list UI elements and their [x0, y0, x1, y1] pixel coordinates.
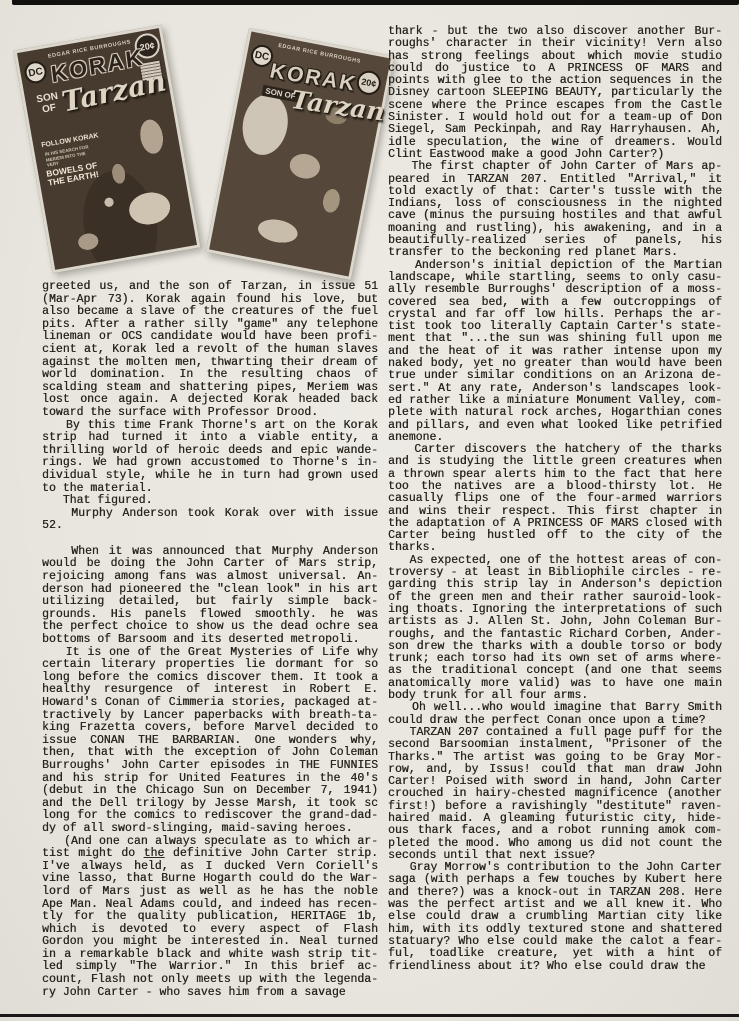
paragraph: As expected, one of the hottest areas of… [388, 555, 722, 703]
text-line: cave (minus the pursuing hostiles and th… [388, 210, 722, 222]
text-line: 52. [42, 520, 378, 533]
text-line: king Frazetta covers, before Marvel deci… [42, 722, 378, 735]
text-line: else could draw a crumbling Martian city… [388, 911, 722, 923]
paragraph: Anderson's initial depiction of the Mart… [388, 260, 722, 444]
text-line: roughs' character in their vicinity! Ver… [388, 38, 722, 50]
text-line: tharks. [388, 542, 722, 554]
text-line: and is studying the little green creatur… [388, 456, 722, 468]
text-line: Howard's Conan of Cimmeria stories, pack… [42, 697, 378, 710]
paragraph: Oh well...who would imagine that Barry S… [388, 702, 722, 727]
text-line: garding this strip lay in Anderson's dep… [388, 579, 722, 591]
text-line: casually flips one of the four-armed war… [388, 493, 722, 505]
comic-cover-korak-second: EDGAR RICE BURROUGHS DC 20¢ KORAK SON OF… [206, 28, 395, 280]
text-line: and pillars, and even what looked like p… [388, 420, 722, 432]
paragraph: Carter discovers the hatchery of the tha… [388, 444, 722, 555]
text-line: dy of all sword-slinging, maid-saving he… [42, 823, 378, 836]
right-column: thark - but the two also discover anothe… [388, 26, 722, 973]
text-line: That figured. [42, 495, 378, 508]
comic-cover-korak-bowels-of-earth: EDGAR RICE BURROUGHS DC 20¢ KORAK SONOF … [14, 25, 201, 274]
paragraph: greeted us, and the son of Tarzan, in is… [42, 281, 378, 420]
text-line: transfer to the beckoning red planet Mar… [388, 247, 722, 259]
text-line: rejoicing among fans was almost universa… [42, 571, 378, 584]
left-column: greeted us, and the son of Tarzan, in is… [42, 281, 378, 999]
text-line: ment that "...the sun was shining full u… [388, 333, 722, 345]
paragraph: Gray Morrow's contribution to the John C… [388, 862, 722, 973]
text-line: tly for the quality publication, HERITAG… [42, 911, 378, 924]
text-line: Disney cartoon SLEEPING BEAUTY, particul… [388, 87, 722, 99]
text-line: The first chapter of John Carter of Mars… [388, 161, 722, 173]
text-line: ry John Carter - who saves him from a sa… [42, 987, 378, 1000]
text-line: Gordon you might be interested in. Neal … [42, 936, 378, 949]
text-line: Burroughs' John Carter episodes in THE F… [42, 760, 378, 773]
paragraph: It is one of the Great Mysteries of Life… [42, 647, 378, 836]
scanned-fanzine-page: EDGAR RICE BURROUGHS DC 20¢ KORAK SONOF … [0, 0, 739, 1021]
paragraph: When it was announced that Murphy Anders… [42, 546, 378, 647]
text-line: world domination. In the resulting chaos… [42, 369, 378, 382]
scan-edge-bottom [0, 1014, 739, 1017]
text-line: ous thark faces, and a robot running amo… [388, 825, 722, 837]
paragraph: The first chapter of John Carter of Mars… [388, 161, 722, 259]
text-line: second Barsoomian instalment, "Prisoner … [388, 739, 722, 751]
paragraph: TARZAN 207 contained a full page puff fo… [388, 727, 722, 862]
text-line: ally resemble Burroughs' description of … [388, 284, 722, 296]
text-line: saga (with perhaps a few touches by Kube… [388, 874, 722, 886]
text-line: lord of Mars just as well as he has the … [42, 886, 378, 899]
text-line: peared in TARZAN 207. Entitled "Arrival,… [388, 174, 722, 186]
paragraph: By this time Frank Thorne's art on the K… [42, 420, 378, 496]
text-line: dividual style, while he in turn had gro… [42, 470, 378, 483]
text-line: also became a slave of the creatures of … [42, 306, 378, 319]
text-line: Siegel, Sam Peckinpah, and Ray Harryhaus… [388, 124, 722, 136]
text-line: utilizing detailed, but fairly simple ba… [42, 596, 378, 609]
text-line: Oh well...who would imagine that Barry S… [388, 702, 722, 714]
text-line: true under similar conditions on an Ariz… [388, 370, 722, 382]
paragraph: (And one can always speculate as to whic… [42, 836, 378, 1000]
text-line: count, Flash not only meets up with the … [42, 974, 378, 987]
text-line: plete with natural rock arches, Hogarthi… [388, 407, 722, 419]
text-line: toward the surface with Professor Drood. [42, 407, 378, 420]
text-line: cient at, Korak led a revolt of the huma… [42, 344, 378, 357]
scan-edge-top [12, 0, 739, 5]
text-line: covered sea bed, with a few outcroppings… [388, 297, 722, 309]
text-line: strip had turned it into a viable entity… [42, 432, 378, 445]
text-line: artists as J. Allen St. John, John Colem… [388, 616, 722, 628]
text-line: as the traditional concept (and one that… [388, 665, 722, 677]
text-line: friendliness about it? Who else could dr… [388, 961, 722, 973]
text-line: crouched in hairy-chested magnificence (… [388, 788, 722, 800]
text-line: Carter being hustled off to the city of … [388, 530, 722, 542]
text-line: bottoms of Barsoom and its deserted metr… [42, 634, 378, 647]
text-line: Tharks." The artist was going to be Gray… [388, 752, 722, 764]
text-line: certain literary properties lie dormant … [42, 659, 378, 672]
text-line: greeted us, and the son of Tarzan, in is… [42, 281, 378, 294]
paragraph: Murphy Anderson took Korak over with iss… [42, 508, 378, 533]
text-line: roughs, and the fantastic Richard Corben… [388, 629, 722, 641]
text-line: (debut in the Chicago Sun on December 7,… [42, 785, 378, 798]
paragraph: That figured. [42, 495, 378, 508]
text-line: Murphy Anderson took Korak over with iss… [42, 508, 378, 521]
paragraph: thark - but the two also discover anothe… [388, 26, 722, 161]
text-line: ful, toadlike creature, yet with a hint … [388, 948, 722, 960]
text-line: tist might do the definitive John Carter… [42, 848, 378, 861]
